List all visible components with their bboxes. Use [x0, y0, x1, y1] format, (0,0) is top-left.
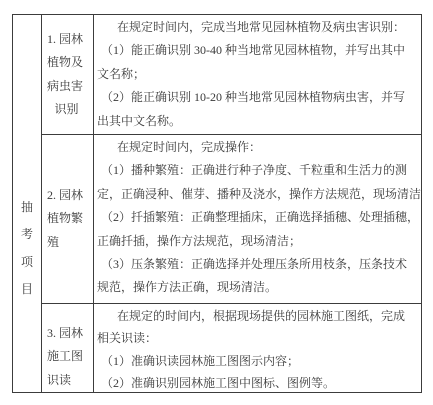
item-requirements-cell: 在规定时间内，完成操作：（1）播种繁殖：正确进行种子净度、千粒重和生活力的测定，…	[93, 134, 421, 303]
assessment-items-table: 抽考项目 1. 园林植物及病虫害识别在规定时间内，完成当地常见园林植物及病虫害识…	[12, 14, 422, 393]
vertical-header-cell: 抽考项目	[13, 15, 41, 392]
requirement-text-line: 规范，操作方法正确，现场清洁。	[97, 276, 419, 299]
requirement-text-line: 相关识读：	[97, 327, 419, 349]
vertical-header-char: 目	[21, 276, 33, 303]
item-label-cell: 1. 园林植物及病虫害识别	[41, 15, 93, 134]
requirement-text-line: （2）扦插繁殖：正确整理插床，正确选择插穗、处理插穗，	[97, 206, 419, 229]
requirement-text-line: 在规定时间内，完成操作：	[97, 136, 419, 159]
item-label-line: 植物及	[47, 51, 91, 74]
requirement-text-line: 在规定的时间内，根据现场提供的园林施工图纸，完成	[97, 305, 419, 327]
requirement-text-line: （1）播种繁殖：正确进行种子净度、千粒重和生活力的测	[97, 159, 419, 182]
vertical-header-char: 考	[21, 221, 33, 248]
item-requirements-cell: 在规定时间内，完成当地常见园林植物及病虫害识别：（1）能正确识别 30-40 种…	[93, 15, 421, 134]
item-label-cell: 2. 园林植物繁殖	[41, 134, 93, 303]
item-label-line: 1. 园林	[47, 28, 91, 51]
item-label-line: 殖	[47, 231, 91, 254]
item-label: 3. 园林施工图识读	[47, 322, 91, 392]
requirement-text-line: 定，正确浸种、催芽、播种及浇水，操作方法规范，现场清洁；	[97, 183, 419, 206]
requirement-text-line: （1）能正确识别 30-40 种当地常见园林植物，并写出其中	[97, 39, 419, 62]
item-label-line: 3. 园林	[47, 322, 91, 345]
item-label-line: 2. 园林	[47, 184, 91, 207]
item-label-line: 病虫害	[47, 75, 91, 98]
vertical-header-char: 抽	[21, 194, 33, 221]
requirement-text-line: （1）准确识读园林施工图图示内容；	[97, 350, 419, 372]
item-label-line: 识别	[47, 98, 91, 121]
requirement-text-line: 文名称；	[97, 63, 419, 86]
requirement-text-line: （3）压条繁殖：正确选择并处理压条所用枝条，压条技术	[97, 253, 419, 276]
requirement-text-line: 出其中文名称。	[97, 110, 419, 133]
requirement-text-line: （2）能正确识别 10-20 种当地常见园林植物病虫害，并写	[97, 86, 419, 109]
item-label: 1. 园林植物及病虫害识别	[47, 28, 91, 122]
item-requirements-cell: 在规定的时间内，根据现场提供的园林施工图纸，完成相关识读：（1）准确识读园林施工…	[93, 303, 421, 392]
item-label-line: 植物繁	[47, 207, 91, 230]
requirement-text-line: 在规定时间内，完成当地常见园林植物及病虫害识别：	[97, 16, 419, 39]
vertical-header-char: 项	[21, 249, 33, 276]
item-label-cell: 3. 园林施工图识读	[41, 303, 93, 392]
requirement-text-line: 正确扦插，操作方法规范，现场清洁；	[97, 230, 419, 253]
requirement-text-line: （2）准确识别园林施工图中图标、图例等。	[97, 372, 419, 392]
item-label-line: 施工图	[47, 345, 91, 368]
document-page: 抽考项目 1. 园林植物及病虫害识别在规定时间内，完成当地常见园林植物及病虫害识…	[0, 0, 433, 405]
item-label: 2. 园林植物繁殖	[47, 184, 91, 254]
item-label-line: 识读	[47, 369, 91, 392]
